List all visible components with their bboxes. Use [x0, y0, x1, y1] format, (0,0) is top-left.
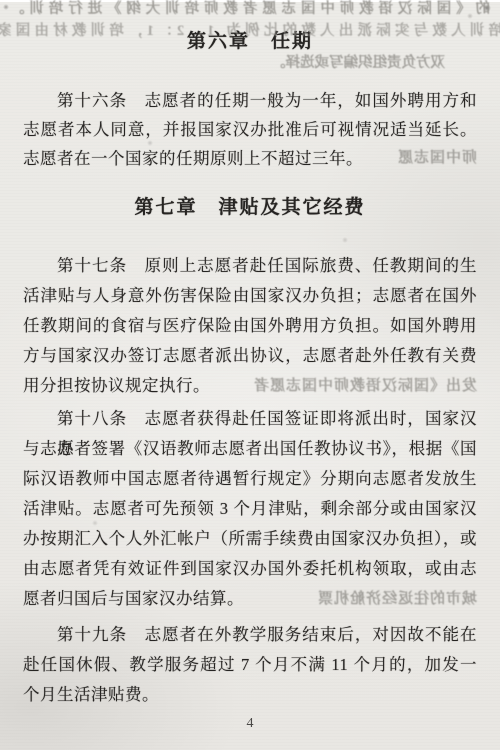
- text-line: 与志愿者签署《汉语教师志愿者出国任教协议书》，根据《国: [23, 434, 477, 464]
- text-line: 任教期间的食宿与医疗保险由国外聘用方负担。如国外聘用: [23, 311, 477, 341]
- text-line: 城市的往返经济舱机票愿者归国后与国家汉办结算。: [23, 584, 477, 614]
- text-line: 赴任国休假、教学服务超过 7 个月不满 11 个月的，加发一: [23, 650, 477, 680]
- article-17-paragraph: 第十七条 原则上志愿者赴任国际旅费、任教期间的生 活津贴与人身意外伤害保险由国家…: [23, 251, 477, 401]
- text-line: 第十七条 原则上志愿者赴任国际旅费、任教期间的生: [23, 251, 477, 281]
- bleedthrough-top-line-1: 的《国际汉语教师中国志愿者教师培训大纲》进行培训。: [10, 2, 490, 17]
- article-16-paragraph: 第十六条 志愿者的任期一般为一年，如国外聘用方和 志愿者本人同意，并报国家汉办批…: [23, 86, 477, 173]
- chapter7-heading: 第七章 津贴及其它经费: [23, 197, 477, 219]
- text-line: 活津贴与人身意外伤害保险由国家汉办负担；志愿者在国外: [23, 281, 477, 311]
- text-line: 第十六条 志愿者的任期一般为一年，如国外聘用方和: [23, 86, 477, 115]
- bleedthrough-fragment: 城市的往返经济舱机票: [317, 584, 477, 614]
- text-line: 由志愿者凭有效证件到国家汉办国外委托机构领取，或由志: [23, 554, 477, 584]
- bleedthrough-line-3: 双方负责组织编写或选择。: [23, 56, 477, 70]
- bleedthrough-top-line-2: 培训人数与实际派出人数的比例为 1．2：1，培训教材由国家: [0, 24, 500, 39]
- bleedthrough-fragment: 师中国志愿: [397, 144, 477, 173]
- text-line: 方与国家汉办签订志愿者派出协议，志愿者赴外任教有关费: [23, 341, 477, 371]
- text-line: 第十八条 志愿者获得赴任国签证即将派出时，国家汉办: [23, 404, 477, 434]
- article-18-paragraph: 第十八条 志愿者获得赴任国签证即将派出时，国家汉办 与志愿者签署《汉语教师志愿者…: [23, 404, 477, 614]
- text-line: 师中国志愿志愿者在一个国家的任期原则上不超过三年。: [23, 144, 477, 173]
- text-line: 志愿者本人同意，并报国家汉办批准后可视情况适当延长。: [23, 115, 477, 144]
- text-line-content: 用分担按协议规定执行。: [23, 376, 210, 395]
- text-line: 第十九条 志愿者在外教学服务结束后，对因故不能在: [23, 620, 477, 650]
- scanned-document-page: 的《国际汉语教师中国志愿者教师培训大纲》进行培训。 培训人数与实际派出人数的比例…: [0, 2, 500, 750]
- text-line: 办按期汇入个人外汇帐户（所需手续费由国家汉办负担），或: [23, 524, 477, 554]
- chapter6-heading-area: 培训人数与实际派出人数的比例为 1．2：1，培训教材由国家 第六章 任期: [23, 31, 477, 53]
- article-19-paragraph: 第十九条 志愿者在外教学服务结束后，对因故不能在 赴任国休假、教学服务超过 7 …: [23, 620, 477, 710]
- text-line: 个月生活津贴费。: [23, 680, 477, 710]
- text-line: 际汉语教师中国志愿者待遇暂行规定》分期向志愿者发放生: [23, 464, 477, 494]
- text-line-content: 愿者归国后与国家汉办结算。: [23, 589, 244, 608]
- bleedthrough-fragment: 发出《国际汉语教师中国志愿者: [253, 371, 477, 401]
- page-number: 4: [23, 717, 477, 731]
- text-line: 活津贴。志愿者可先预领 3 个月津贴，剩余部分或由国家汉: [23, 494, 477, 524]
- text-line: 发出《国际汉语教师中国志愿者用分担按协议规定执行。: [23, 371, 477, 401]
- text-line-content: 志愿者在一个国家的任期原则上不超过三年。: [23, 149, 363, 168]
